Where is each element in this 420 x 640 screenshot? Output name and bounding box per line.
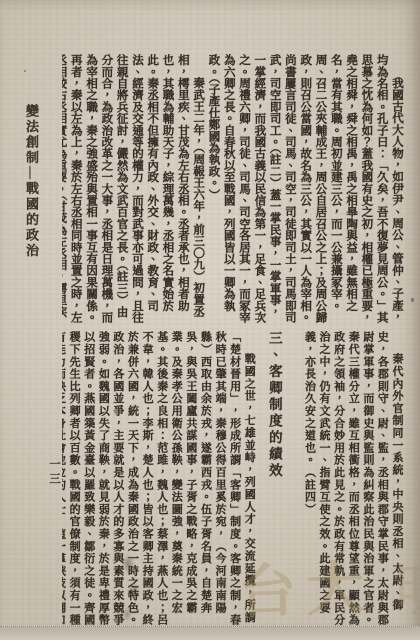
lower-text-block: 秦代內外官制同一系統，中央則丞相、太尉、御史，各郡則守、尉、監，丞相與郡守掌民事… — [62, 331, 404, 632]
scanner-edge-strip — [0, 626, 420, 640]
section-header-guest-minister-system: 三、客卿制度的績效 — [266, 331, 297, 632]
scanned-book-page: 變法創制—戰國的政治 一三 我國古代大人物，如伊尹、周公、管仲、子產，均為名相。… — [0, 0, 420, 640]
running-title: 變法創制—戰國的政治 — [22, 104, 41, 259]
paragraph-talent-competition: 政治，各國並爭，主要就是以人才的多寡與素質來競爭強弱。如魏國以失了商鞅，就見弱於… — [62, 331, 125, 632]
page-number: 一三 — [46, 458, 62, 487]
ink-speck — [411, 298, 414, 302]
paragraph-ancient-ministers: 我國古代大人物，如伊尹、周公、管仲、子產，均為名相。孔子曰：「久矣，吾不復夢見周… — [205, 54, 404, 328]
paragraph-qin-chancellor: 秦武王二年，（周赧王六年，前三〇九）初置丞相，樗里疾、甘茂為左右丞相。丞者承也，… — [62, 54, 205, 328]
upper-text-block: 我國古代大人物，如伊尹、周公、管仲、子產，均為名相。孔子曰：「久矣，吾不復夢見周… — [62, 54, 404, 328]
paragraph-qin-official-system: 秦代內外官制同一系統，中央則丞相、太尉、御史，各郡則守、尉、監，丞相與郡守掌民事… — [302, 331, 404, 632]
ink-speck — [24, 70, 26, 72]
paragraph-guest-ministers: 戰國之世，七雄並峙，列國人才，交流延攬，所謂「楚材晉用」，形成所謂「客卿」制度。… — [125, 331, 256, 632]
